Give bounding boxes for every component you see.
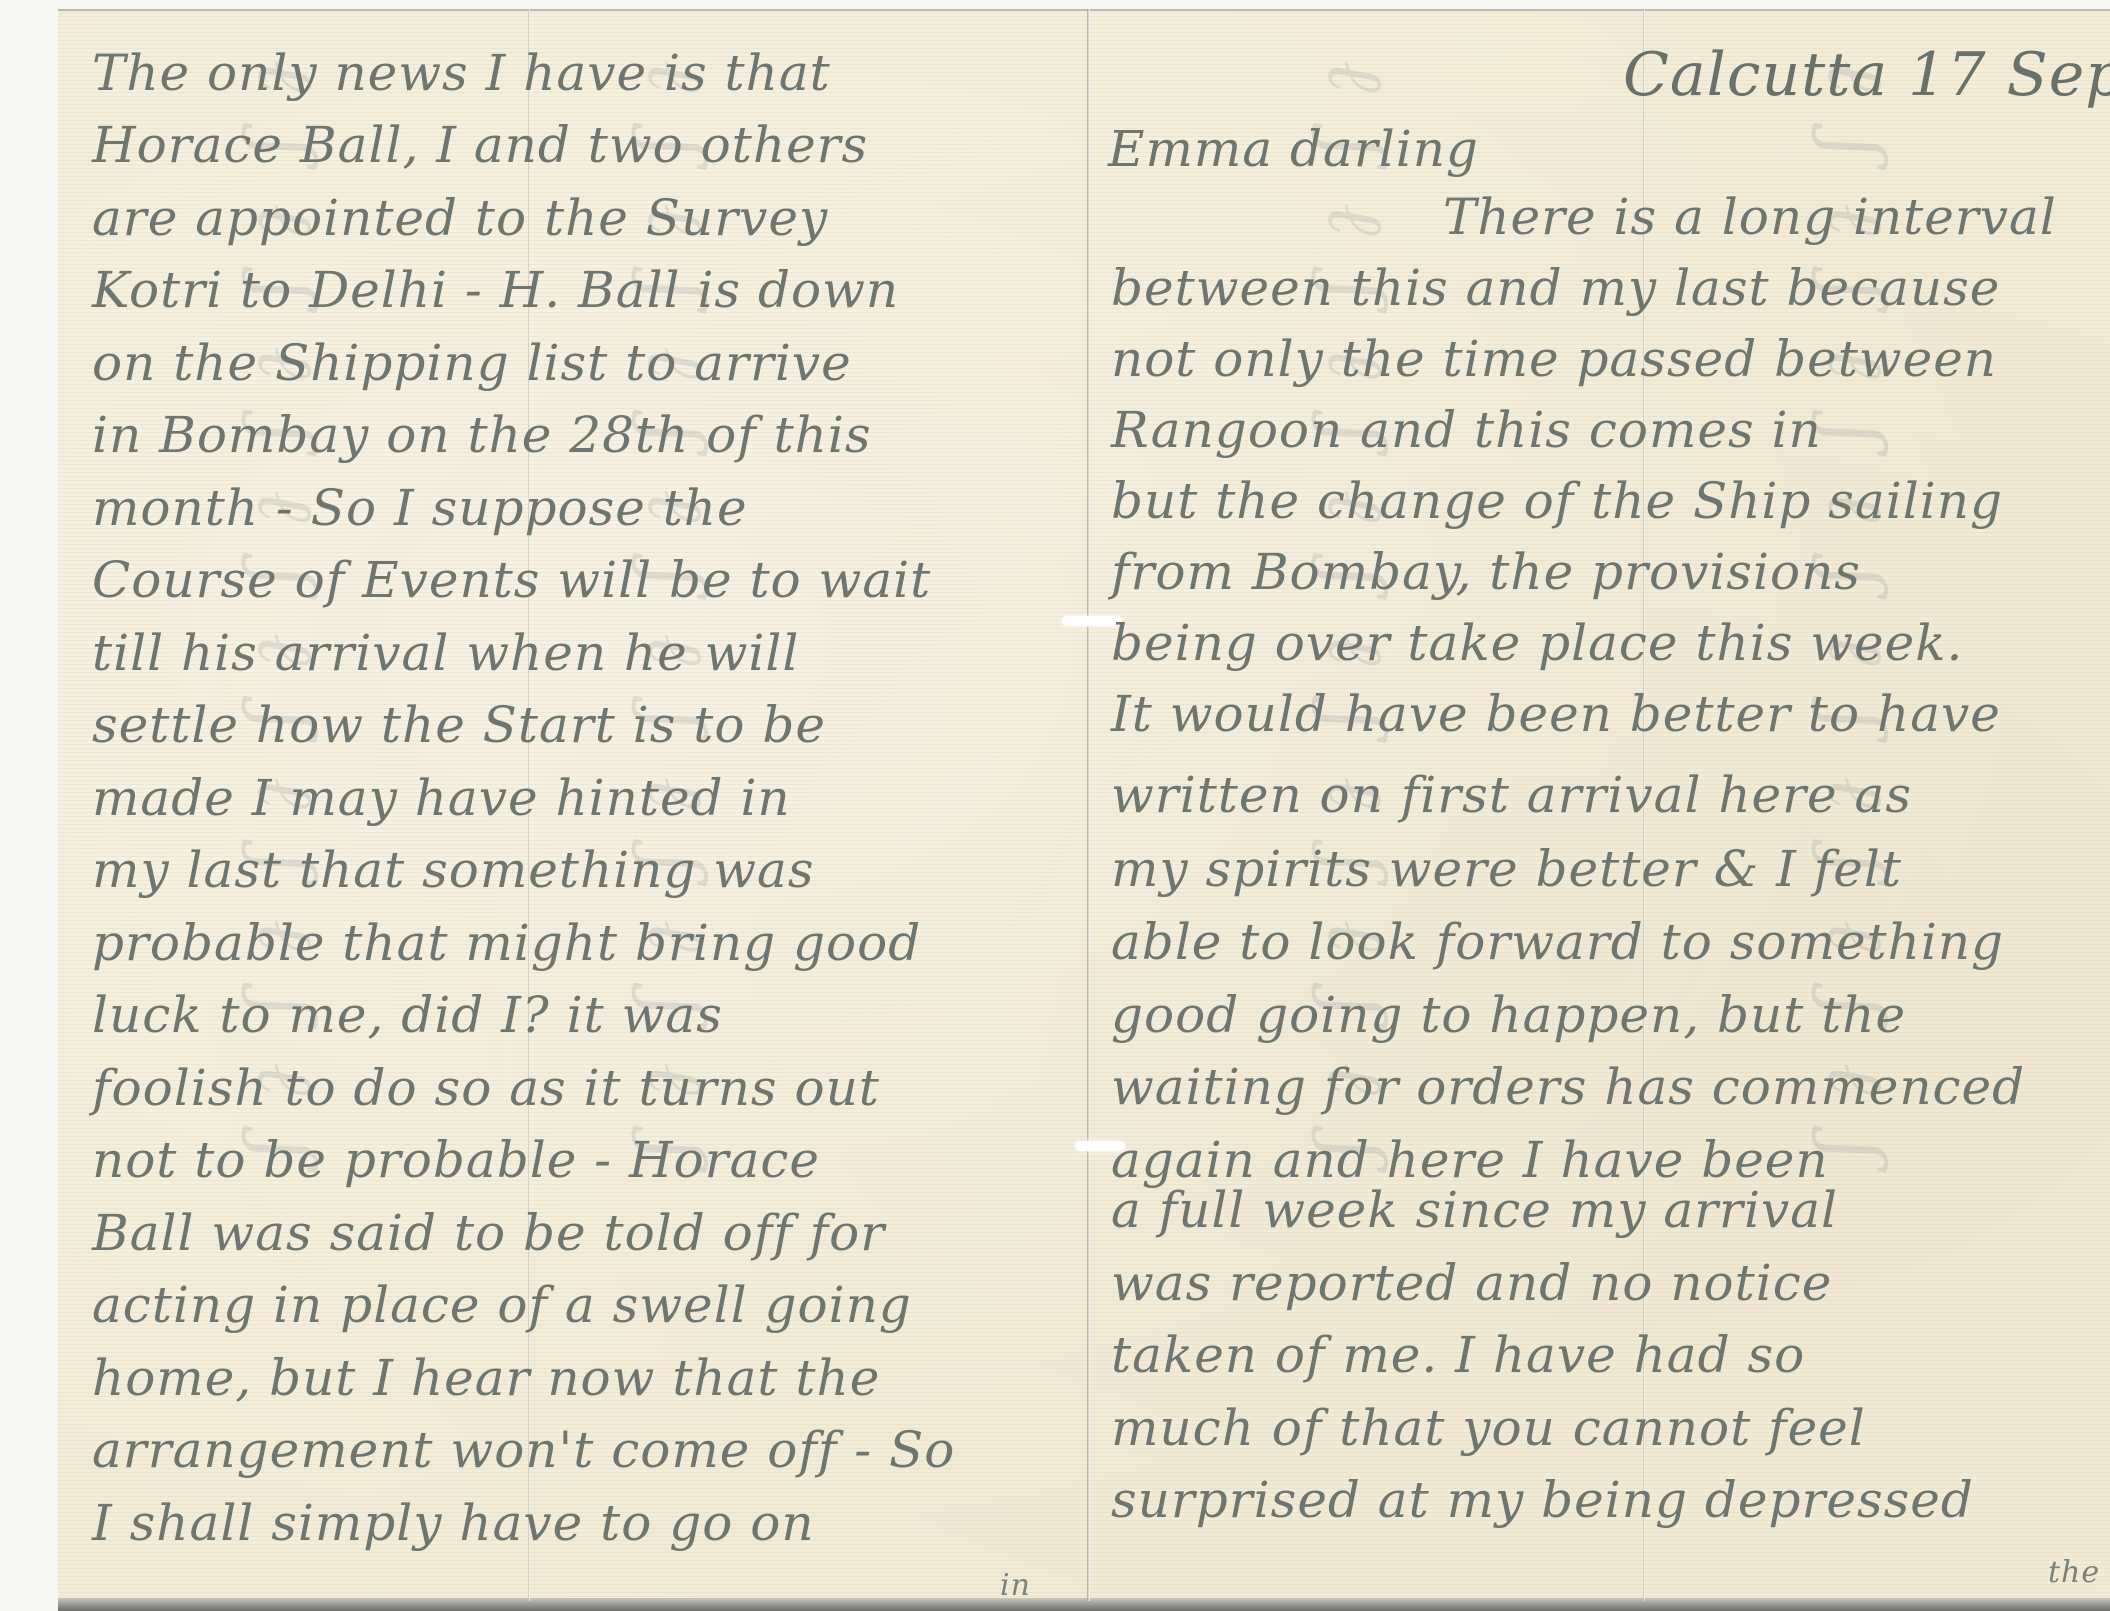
letter-line: month - So I suppose the: [92, 483, 748, 533]
letter-line: was reported and no notice: [1111, 1258, 1832, 1308]
letter-line: Horace Ball, I and two others: [92, 120, 868, 170]
salutation: Emma darling: [1108, 120, 1479, 178]
letter-line: good going to happen, but the: [1111, 990, 1906, 1040]
letter-line: Ball was said to be told off for: [92, 1208, 885, 1258]
letter-line: much of that you cannot feel: [1111, 1403, 1866, 1453]
letter-line: probable that might bring good: [92, 918, 921, 968]
letter-line: till his arrival when he will: [92, 628, 799, 678]
letter-line: acting in place of a swell going: [92, 1280, 912, 1330]
letter-line: written on first arrival here as: [1111, 770, 1912, 820]
letter-line: I shall simply have to go on: [92, 1498, 815, 1548]
fold-crease-center: [1087, 9, 1090, 1601]
letter-line: on the Shipping list to arrive: [92, 338, 852, 388]
letter-line: are appointed to the Survey: [92, 193, 828, 243]
letter-line: not to be probable - Horace: [92, 1135, 820, 1185]
letter-line: It would have been better to have: [1111, 689, 2001, 739]
letter-line: Rangoon and this comes in: [1111, 405, 1822, 455]
letter-line: foolish to do so as it turns out: [92, 1063, 880, 1113]
letter-line: my last that something was: [92, 845, 815, 895]
letter-line: a full week since my arrival: [1111, 1185, 1838, 1235]
letter-line: made I may have hinted in: [92, 773, 791, 823]
letter-line: but the change of the Ship sailing: [1111, 476, 2003, 526]
letter-line: my spirits were better & I felt: [1111, 844, 1902, 894]
catchword: in: [1000, 1568, 1031, 1603]
place-date-heading: Calcutta 17 Sep '88: [1623, 40, 2110, 110]
letter-line: able to look forward to something: [1111, 917, 2004, 967]
paper-bottom-edge: [58, 1598, 2110, 1611]
letter-line: Kotri to Delhi - H. Ball is down: [92, 265, 899, 315]
letter-line: again and here I have been: [1111, 1135, 1829, 1185]
letter-line: The only news I have is that: [92, 48, 831, 98]
letter-line: being over take place this week.: [1111, 618, 1963, 668]
letter-line: arrangement won't come off - So: [92, 1425, 955, 1475]
letter-line: not only the time passed between: [1111, 334, 1997, 384]
letter-line: luck to me, did I? it was: [92, 990, 723, 1040]
catchword: the: [2048, 1555, 2100, 1590]
letter-line: waiting for orders has commenced: [1111, 1062, 2025, 1112]
letter-line: in Bombay on the 28th of this: [92, 410, 872, 460]
letter-line: from Bombay, the provisions: [1111, 547, 1861, 597]
letter-line: taken of me. I have had so: [1111, 1330, 1805, 1380]
letter-line: home, but I hear now that the: [92, 1353, 880, 1403]
letter-line: surprised at my being depressed: [1111, 1475, 1974, 1525]
letter-line: between this and my last because: [1111, 263, 2000, 313]
letter-line: Course of Events will be to wait: [92, 555, 931, 605]
letter-line: settle how the Start is to be: [92, 700, 826, 750]
letter-line: There is a long interval: [1443, 192, 2057, 242]
